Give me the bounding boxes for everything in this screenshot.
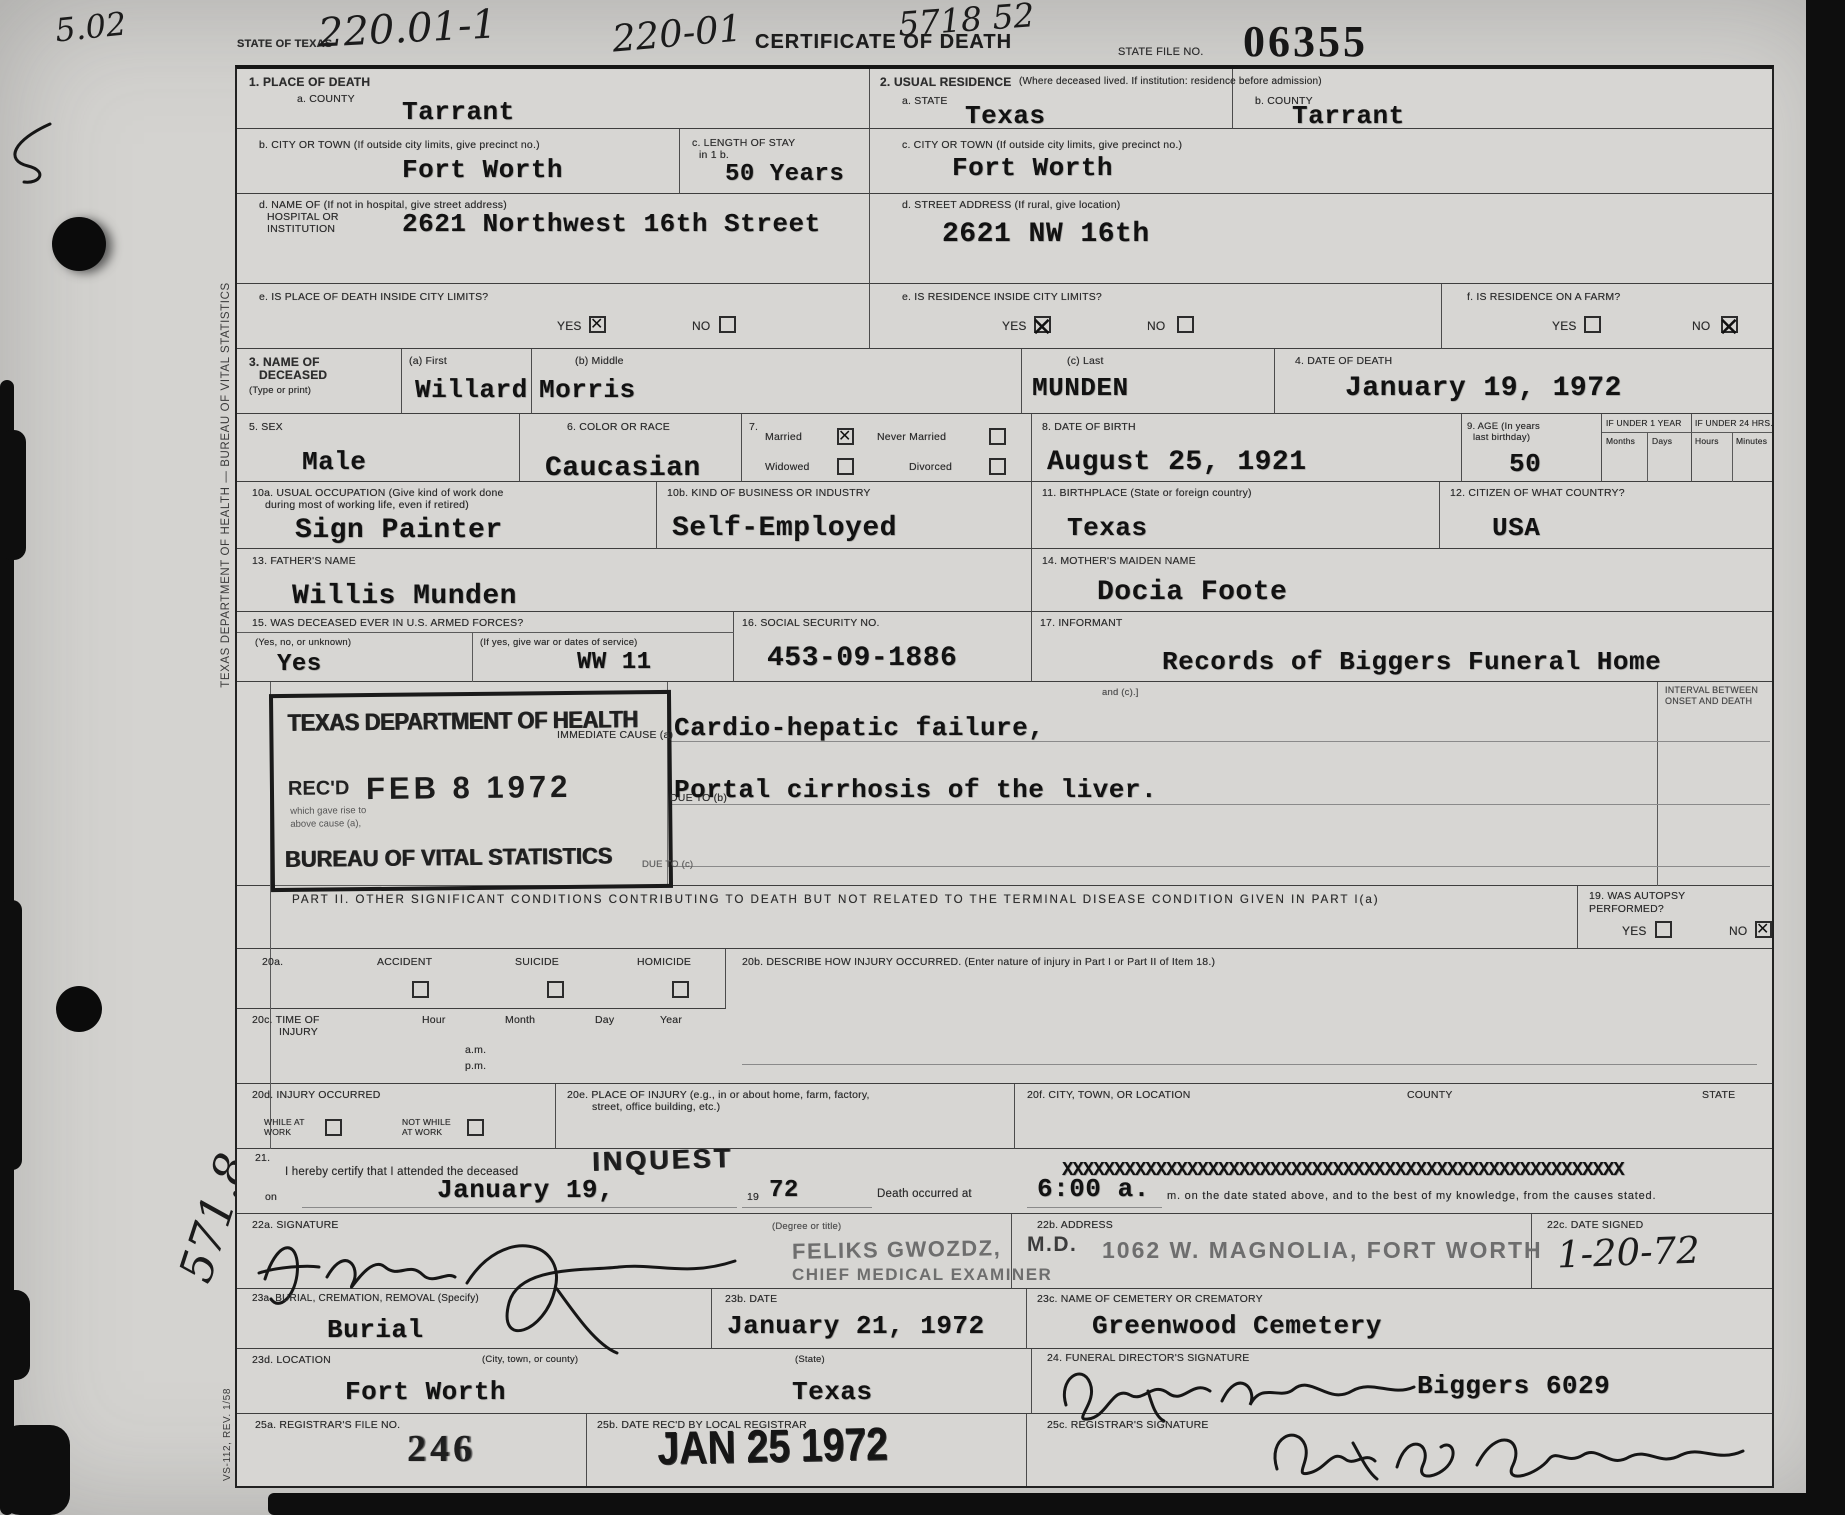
handwritten-code-1: 220.01-1 xyxy=(317,1,498,56)
suicide-checkbox xyxy=(547,981,564,998)
pm-label: p.m. xyxy=(465,1060,486,1072)
business-label: 10b. KIND OF BUSINESS OR INDUSTRY xyxy=(667,487,871,499)
hole-punch-top xyxy=(52,217,106,271)
scan-edge-right xyxy=(1806,0,1845,1515)
never-married-checkbox xyxy=(989,428,1006,445)
certify-on-label: on xyxy=(265,1191,277,1203)
date-of-death-value: January 19, 1972 xyxy=(1345,373,1622,404)
injury-20c-label: 20c. TIME OF xyxy=(252,1014,320,1026)
scan-edge-bottom xyxy=(268,1493,1845,1515)
examiner-title-stamp: CHIEF MEDICAL EXAMINER xyxy=(792,1265,1052,1285)
divorced-label: Divorced xyxy=(909,461,952,473)
residence-state-label: a. STATE xyxy=(902,95,948,107)
married-label: Married xyxy=(765,431,802,443)
state-file-no-value: 06355 xyxy=(1243,16,1368,67)
death-certificate-scan: 5.02 571.8 TEXAS DEPARTMENT OF HEALTH — … xyxy=(0,0,1845,1515)
middle-name-label: (b) Middle xyxy=(575,355,624,367)
handwritten-top-left-code: 5.02 xyxy=(53,4,128,49)
length-of-stay-label2: in 1 b. xyxy=(699,149,729,161)
first-name-value: Willard xyxy=(415,375,528,405)
never-married-label: Never Married xyxy=(877,431,946,443)
certify-date-value: January 19, xyxy=(437,1175,614,1205)
immediate-cause-label: IMMEDIATE CAUSE (a) xyxy=(557,729,673,741)
armed-forces-sub2: (If yes, give war or dates of service) xyxy=(480,637,638,648)
while-at-work-label1: WHILE AT xyxy=(264,1117,305,1127)
deceased-name-title3: (Type or print) xyxy=(249,385,311,396)
registrar-file-value: 246 xyxy=(407,1427,476,1471)
examiner-name-stamp: FELIKS GWOZDZ, xyxy=(792,1235,1002,1265)
age-label2: last birthday) xyxy=(1473,432,1530,443)
margin-form-number: VS-112, REV. 1/58 xyxy=(222,1377,233,1492)
interval-label: INTERVAL BETWEEN ONSET AND DEATH xyxy=(1665,685,1765,707)
place-limits-yes-checkbox xyxy=(589,316,606,333)
injury-20e-label2: street, office building, etc.) xyxy=(592,1101,720,1113)
residence-limits-yes-label: YES xyxy=(1002,319,1027,333)
cause-a-value: Cardio-hepatic failure, xyxy=(674,713,1044,743)
injury-20a-label: 20a. xyxy=(262,956,283,968)
armed-forces-label: 15. WAS DECEASED EVER IN U.S. ARMED FORC… xyxy=(252,617,523,629)
place-limits-yes-label: YES xyxy=(557,319,582,333)
scan-blob-left-3 xyxy=(0,1290,30,1380)
age-label: 9. AGE (In years xyxy=(1467,421,1540,432)
minutes-label: Minutes xyxy=(1736,436,1767,446)
informant-value: Records of Biggers Funeral Home xyxy=(1162,647,1661,677)
citizen-value: USA xyxy=(1492,513,1540,543)
under-24-hrs-label: IF UNDER 24 HRS. xyxy=(1695,418,1773,428)
received-stamp-box: TEXAS DEPARTMENT OF HEALTH REC'D FEB 8 1… xyxy=(269,690,673,892)
registrar-file-label: 25a. REGISTRAR'S FILE NO. xyxy=(255,1419,400,1431)
certify-number: 21. xyxy=(255,1152,270,1164)
informant-label: 17. INFORMANT xyxy=(1040,617,1123,629)
not-while-at-work-label2: AT WORK xyxy=(402,1127,442,1137)
stamp-date: FEB 8 1972 xyxy=(366,769,572,807)
not-while-at-work-checkbox xyxy=(467,1119,484,1136)
residence-city-value: Fort Worth xyxy=(952,153,1113,183)
autopsy-no-checkbox xyxy=(1755,921,1772,938)
residence-limits-label: e. IS RESIDENCE INSIDE CITY LIMITS? xyxy=(902,291,1102,303)
degree-or-title-label: (Degree or title) xyxy=(772,1221,841,1232)
place-city-label: b. CITY OR TOWN (If outside city limits,… xyxy=(259,139,540,151)
cause-rise-fragment-2: above cause (a), xyxy=(290,818,361,830)
injury-20e-label: 20e. PLACE OF INJURY (e.g., in or about … xyxy=(567,1089,870,1101)
widowed-checkbox xyxy=(837,458,854,475)
stamp-recd-label: REC'D xyxy=(288,777,350,801)
residence-title: 2. USUAL RESIDENCE xyxy=(880,75,1011,89)
sex-value: Male xyxy=(302,447,366,477)
divorced-checkbox xyxy=(989,458,1006,475)
residence-farm-yes-checkbox xyxy=(1584,316,1601,333)
funeral-director-signature xyxy=(1052,1361,1422,1423)
business-value: Self-Employed xyxy=(672,513,897,544)
residence-farm-no-checkbox xyxy=(1721,316,1738,333)
year-label: Year xyxy=(660,1014,682,1026)
first-name-label: (a) First xyxy=(409,355,447,367)
certificate-form: 1. PLACE OF DEATH a. COUNTY Tarrant 2. U… xyxy=(235,65,1774,1488)
residence-city-label: c. CITY OR TOWN (If outside city limits,… xyxy=(902,139,1182,151)
residence-state-value: Texas xyxy=(965,101,1046,131)
residence-farm-yes-label: YES xyxy=(1552,319,1577,333)
birthplace-label: 11. BIRTHPLACE (State or foreign country… xyxy=(1042,487,1252,499)
autopsy-yes-label: YES xyxy=(1622,924,1647,938)
occupation-label2: during most of working life, even if ret… xyxy=(265,499,469,511)
certify-year-prefix: 19 xyxy=(747,1191,759,1203)
while-at-work-checkbox xyxy=(325,1119,342,1136)
death-occurred-label: Death occurred at xyxy=(877,1188,972,1200)
burial-date-label: 23b. DATE xyxy=(725,1293,777,1305)
place-county-label: a. COUNTY xyxy=(297,93,355,105)
location-state-sublabel: (State) xyxy=(795,1354,825,1365)
middle-name-value: Morris xyxy=(539,375,636,405)
widowed-label: Widowed xyxy=(765,461,810,473)
citizen-label: 12. CITIZEN OF WHAT COUNTRY? xyxy=(1450,487,1625,499)
deceased-name-title1: 3. NAME OF xyxy=(249,355,320,369)
length-of-stay-value: 50 Years xyxy=(725,161,844,188)
date-of-birth-value: August 25, 1921 xyxy=(1047,447,1307,478)
residence-farm-no-label: NO xyxy=(1692,319,1710,333)
handwritten-code-2: 220-01 xyxy=(610,6,743,60)
cause-b-value: Portal cirrhosis of the liver. xyxy=(674,775,1157,805)
suicide-label: SUICIDE xyxy=(515,956,559,968)
margin-dept-vertical-label: TEXAS DEPARTMENT OF HEALTH — BUREAU OF V… xyxy=(220,265,232,705)
length-of-stay-label: c. LENGTH OF STAY xyxy=(692,137,795,149)
institution-label3: INSTITUTION xyxy=(267,223,335,235)
place-limits-label: e. IS PLACE OF DEATH INSIDE CITY LIMITS? xyxy=(259,291,488,303)
residence-county-value: Tarrant xyxy=(1292,101,1405,131)
mother-name-value: Docia Foote xyxy=(1097,577,1287,608)
homicide-checkbox xyxy=(672,981,689,998)
hole-punch-bottom xyxy=(56,986,102,1032)
place-limits-no-checkbox xyxy=(719,316,736,333)
injury-20c-label2: INJURY xyxy=(279,1026,318,1038)
month-label: Month xyxy=(505,1014,535,1026)
place-county-value: Tarrant xyxy=(402,97,515,127)
married-checkbox xyxy=(837,428,854,445)
institution-label2: HOSPITAL OR xyxy=(267,211,339,223)
father-name-label: 13. FATHER'S NAME xyxy=(252,555,356,567)
scan-blob-left-1 xyxy=(0,430,26,560)
last-name-label: (c) Last xyxy=(1067,355,1104,367)
scan-corner-bottom-left xyxy=(0,1425,70,1515)
autopsy-label: 19. WAS AUTOPSY PERFORMED? xyxy=(1589,890,1749,916)
marital-label: 7. xyxy=(749,421,758,433)
injury-20f-label: 20f. CITY, TOWN, OR LOCATION xyxy=(1027,1089,1191,1101)
death-time-value: 6:00 a. xyxy=(1037,1174,1150,1204)
injury-20d-label: 20d. INJURY OCCURRED xyxy=(252,1089,380,1101)
injury-county-label: COUNTY xyxy=(1407,1089,1453,1101)
pen-mark-top-left xyxy=(0,118,60,193)
residence-limits-no-checkbox xyxy=(1177,316,1194,333)
race-value: Caucasian xyxy=(545,453,701,484)
residence-farm-label: f. IS RESIDENCE ON A FARM? xyxy=(1467,291,1620,303)
ssn-value: 453-09-1886 xyxy=(767,643,957,674)
place-of-death-title: 1. PLACE OF DEATH xyxy=(249,75,370,89)
burial-date-value: January 21, 1972 xyxy=(727,1311,985,1341)
examiner-address-stamp: 1062 W. MAGNOLIA, FORT WORTH xyxy=(1102,1237,1543,1264)
occupation-value: Sign Painter xyxy=(295,515,503,546)
funeral-home-number: Biggers 6029 xyxy=(1417,1371,1610,1401)
accident-label: ACCIDENT xyxy=(377,956,432,968)
registrar-date-stamp: JAN 25 1972 xyxy=(657,1416,888,1475)
accident-checkbox xyxy=(412,981,429,998)
armed-forces-sub1: (Yes, no, or unknown) xyxy=(255,637,351,648)
location-23d-label: 23d. LOCATION xyxy=(252,1354,331,1366)
months-label: Months xyxy=(1606,436,1635,446)
burial-method-value: Burial xyxy=(327,1315,424,1345)
registrar-signature xyxy=(1257,1421,1757,1487)
autopsy-yes-checkbox xyxy=(1655,921,1672,938)
residence-title-note: (Where deceased lived. If institution: r… xyxy=(1019,76,1322,87)
cause-rise-fragment-1: which gave rise to xyxy=(290,805,366,817)
state-file-no-label: STATE FILE NO. xyxy=(1118,46,1204,58)
race-label: 6. COLOR OR RACE xyxy=(567,421,670,433)
days-label: Days xyxy=(1652,436,1672,446)
part2-label: PART II. OTHER SIGNIFICANT CONDITIONS CO… xyxy=(292,892,1380,906)
due-to-c-label: DUE TO (c) xyxy=(642,859,693,870)
residence-street-value: 2621 NW 16th xyxy=(942,219,1150,250)
while-at-work-label2: WORK xyxy=(264,1127,291,1137)
location-city-value: Fort Worth xyxy=(345,1377,506,1407)
location-city-sublabel: (City, town, or county) xyxy=(482,1354,578,1365)
date-of-birth-label: 8. DATE OF BIRTH xyxy=(1042,421,1136,433)
inquest-stamp: INQUEST xyxy=(592,1143,734,1178)
stamp-bureau-line: BUREAU OF VITAL STATISTICS xyxy=(285,843,613,873)
age-value: 50 xyxy=(1509,449,1541,479)
hour-label: Hour xyxy=(422,1014,446,1026)
mother-name-label: 14. MOTHER'S MAIDEN NAME xyxy=(1042,555,1196,567)
institution-value: 2621 Northwest 16th Street xyxy=(402,209,821,239)
last-name-value: MUNDEN xyxy=(1032,373,1129,403)
armed-forces-value: Yes xyxy=(277,651,322,678)
ssn-label: 16. SOCIAL SECURITY NO. xyxy=(742,617,880,629)
date-signed-value: 1-20-72 xyxy=(1556,1229,1700,1277)
residence-limits-yes-checkbox xyxy=(1034,316,1051,333)
certify-year-value: 72 xyxy=(769,1177,799,1204)
cemetery-value: Greenwood Cemetery xyxy=(1092,1311,1382,1341)
date-of-death-label: 4. DATE OF DEATH xyxy=(1295,355,1392,367)
deceased-name-title2: DECEASED xyxy=(259,368,327,382)
cemetery-label: 23c. NAME OF CEMETERY OR CREMATORY xyxy=(1037,1293,1263,1305)
scan-blob-left-2 xyxy=(0,900,22,1170)
homicide-label: HOMICIDE xyxy=(637,956,691,968)
father-name-value: Willis Munden xyxy=(292,581,517,612)
cause-header-fragment: and (c).] xyxy=(1102,687,1139,698)
address-22b-label: 22b. ADDRESS xyxy=(1037,1219,1113,1231)
not-while-at-work-label1: NOT WHILE xyxy=(402,1117,451,1127)
location-state-value: Texas xyxy=(792,1377,873,1407)
burial-23a-label: 23a. BURIAL, CREMATION, REMOVAL (Specify… xyxy=(252,1293,479,1304)
sex-label: 5. SEX xyxy=(249,421,283,433)
occupation-label: 10a. USUAL OCCUPATION (Give kind of work… xyxy=(252,487,504,499)
injury-state-label: STATE xyxy=(1702,1089,1735,1101)
certify-tail-text: m. on the date stated above, and to the … xyxy=(1167,1190,1656,1202)
handwritten-file-code: 5718 52 xyxy=(897,0,1036,44)
date-signed-label: 22c. DATE SIGNED xyxy=(1547,1219,1643,1231)
residence-street-label: d. STREET ADDRESS (If rural, give locati… xyxy=(902,199,1120,211)
war-value: WW 11 xyxy=(577,649,652,676)
under-1-year-label: IF UNDER 1 YEAR xyxy=(1606,418,1682,428)
autopsy-no-label: NO xyxy=(1729,924,1747,938)
place-limits-no-label: NO xyxy=(692,319,710,333)
day-label: Day xyxy=(595,1014,614,1026)
hours-label: Hours xyxy=(1695,436,1719,446)
injury-20b-label: 20b. DESCRIBE HOW INJURY OCCURRED. (Ente… xyxy=(742,956,1215,968)
place-city-value: Fort Worth xyxy=(402,155,563,185)
registrar-signature-label: 25c. REGISTRAR'S SIGNATURE xyxy=(1047,1419,1209,1431)
residence-limits-no-label: NO xyxy=(1147,319,1165,333)
birthplace-value: Texas xyxy=(1067,513,1148,543)
examiner-md-stamp: M.D. xyxy=(1027,1233,1077,1257)
am-label: a.m. xyxy=(465,1044,486,1056)
